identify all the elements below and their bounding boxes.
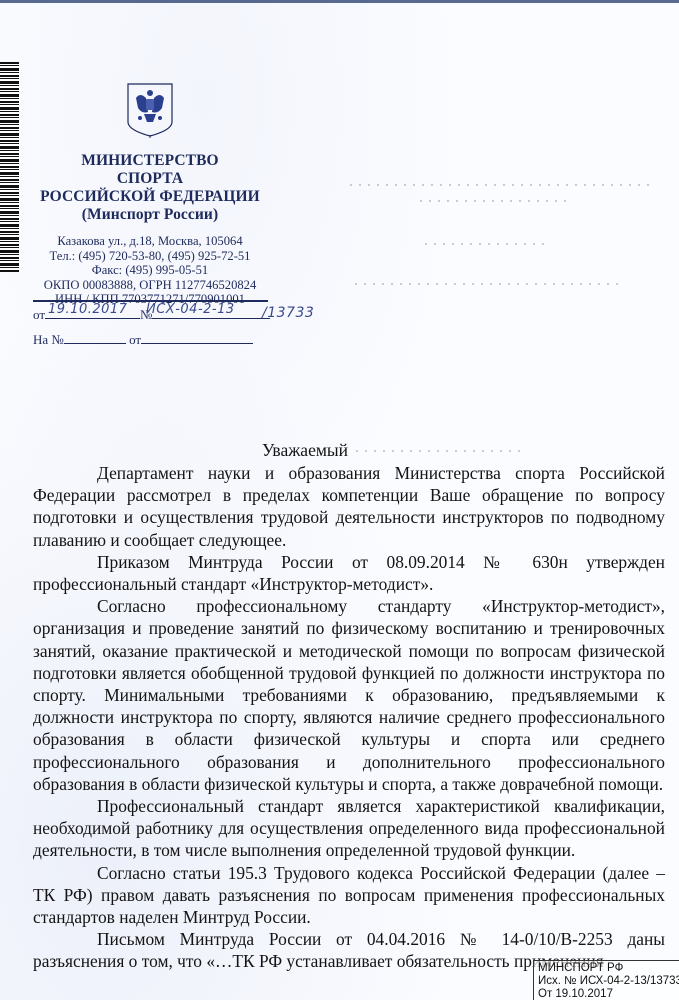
stamp-number: Исх. № ИСХ-04-2-13/13733 [538,975,679,988]
redacted-addressee-line-4 [355,283,625,285]
reply-date-field [141,330,253,344]
salutation-text: Уважаемый [262,440,348,460]
redacted-addressee-line-1 [350,184,650,186]
stamp-org: МИНСПОРТ РФ [538,962,679,975]
letter-body: Департамент науки и образования Министер… [33,462,665,973]
salutation: Уважаемый [262,440,526,461]
page-top-edge [0,0,679,3]
org-okpo-ogrn: ОКПО 00083888, ОГРН 1127746520824 [30,278,270,293]
org-name-line-1: МИНИСТЕРСТВО [30,152,270,170]
from-label: от [33,307,45,322]
paragraph-4: Профессиональный стандарт является харак… [33,795,665,862]
redacted-name [356,450,526,452]
paragraph-3: Согласно профессиональному стандарту «Ин… [33,595,665,795]
russian-coat-of-arms-icon [126,82,174,138]
registration-stamp: МИНСПОРТ РФ Исх. № ИСХ-04-2-13/13733 От … [533,960,679,1000]
redacted-addressee-line-2 [420,200,570,202]
letterhead: МИНИСТЕРСТВО СПОРТА РОССИЙСКОЙ ФЕДЕРАЦИИ… [30,82,270,307]
org-contacts: Казакова ул., д.18, Москва, 105064 Тел.:… [30,234,270,307]
paragraph-2: Приказом Минтруда России от 08.09.2014 №… [33,551,665,595]
org-fax: Факс: (495) 995-05-51 [30,263,270,278]
paragraph-5: Согласно статьи 195.3 Трудового кодекса … [33,862,665,929]
handwritten-number-suffix: /13733 [262,305,314,321]
reply-to-row: На № от [33,330,253,348]
org-name-line-2: СПОРТА [30,170,270,188]
org-phone: Тел.: (495) 720-53-80, (495) 925-72-51 [30,249,270,264]
redacted-addressee-line-3 [425,243,545,245]
stamp-date: От 19.10.2017 [538,988,679,1000]
registration-barcode [0,62,19,272]
handwritten-number: ИСХ-04-2-13 [146,302,235,317]
reply-number-field [64,330,126,344]
paragraph-1: Департамент науки и образования Министер… [33,462,665,551]
org-address: Казакова ул., д.18, Москва, 105064 [30,234,270,249]
reply-to-label: На № [33,332,64,347]
org-name-line-3: РОССИЙСКОЙ ФЕДЕРАЦИИ [30,188,270,206]
reply-from-label: от [129,332,141,347]
org-short-name: (Минспорт России) [30,206,270,224]
handwritten-date: 19.10.2017 [48,302,127,317]
